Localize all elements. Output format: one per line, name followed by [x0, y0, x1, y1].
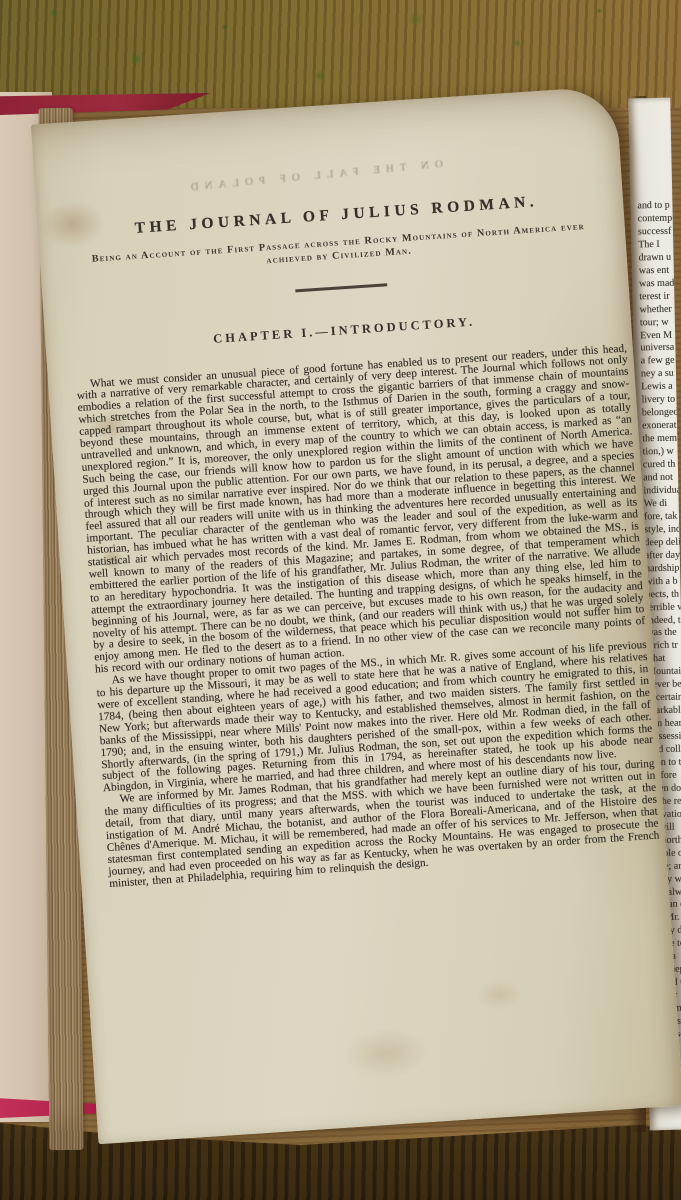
- divider-rule: [295, 283, 387, 292]
- page-content: ON THE FALL OF POLAND THE JOURNAL OF JUL…: [31, 86, 667, 893]
- book-page: ON THE FALL OF POLAND THE JOURNAL OF JUL…: [31, 86, 681, 1145]
- paragraph-1: What we must consider an unusual piece o…: [76, 343, 647, 677]
- body-text-column: What we must consider an unusual piece o…: [76, 343, 661, 890]
- red-cover-edge-top: [0, 93, 210, 115]
